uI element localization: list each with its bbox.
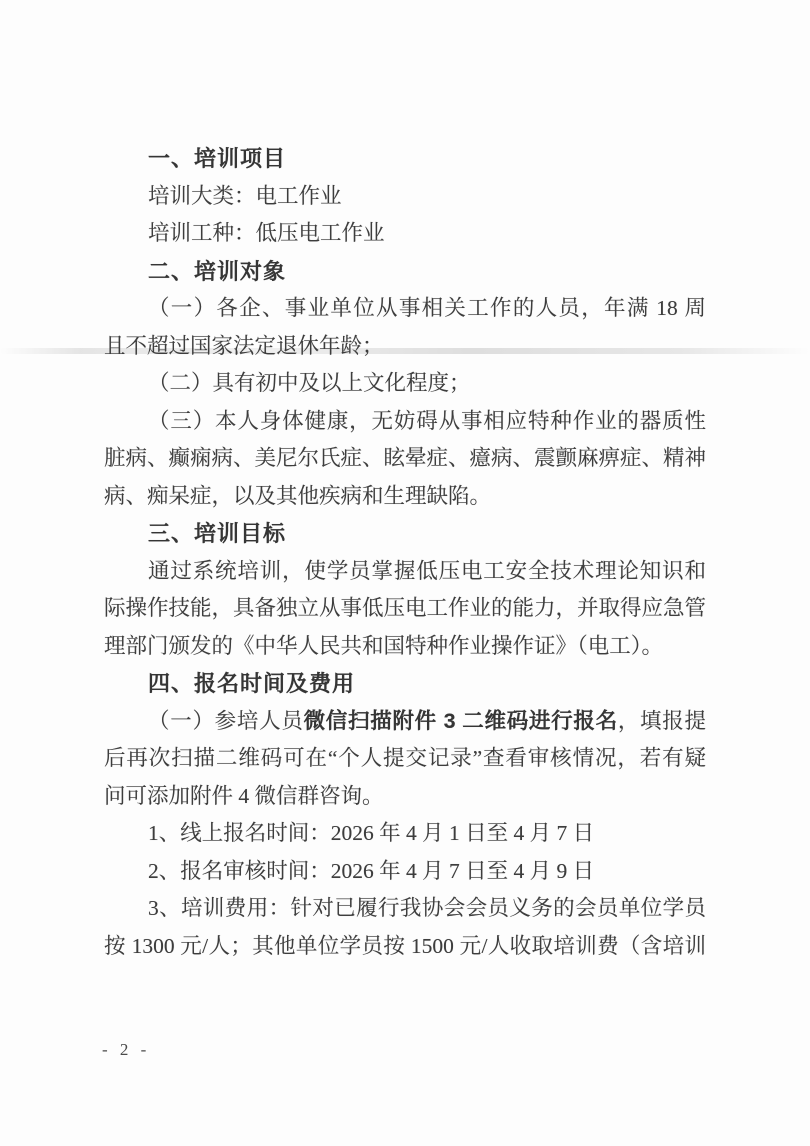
text-run: 3、培训费用：针对已履行我协会会员义务的会员单位学员 — [148, 896, 706, 920]
text-run: 理部门颁发的《中华人民共和国特种作业操作证》（电工）。 — [104, 634, 663, 658]
document-line: 理部门颁发的《中华人民共和国特种作业操作证》（电工）。 — [104, 628, 706, 666]
text-run: 按 1300 元/人；其他单位学员按 1500 元/人收取培训费（含培训 — [104, 934, 706, 958]
document-line: 际操作技能，具备独立从事低压电工作业的能力，并取得应急管 — [104, 590, 706, 628]
document-line: （一）参培人员微信扫描附件 3 二维码进行报名，填报提交 — [104, 703, 706, 741]
text-run: 且不超过国家法定退休年龄； — [104, 334, 384, 358]
document-line: 脏病、癫痫病、美尼尔氏症、眩晕症、癔病、震颤麻痹症、精神 — [104, 440, 706, 478]
text-run: （三）本人身体健康，无妨碍从事相应特种作业的器质性心 — [148, 409, 706, 441]
document-line: 通过系统培训，使学员掌握低压电工安全技术理论知识和实 — [104, 553, 706, 591]
document-heading-line: 一、培训项目 — [104, 140, 706, 178]
document-line: 培训大类：电工作业 — [104, 178, 706, 216]
document-heading-line: 二、培训对象 — [104, 253, 706, 291]
text-run: （一）各企、事业单位从事相关工作的人员，年满 18 周岁， — [148, 296, 706, 328]
bold-emphasis-run: 微信扫描附件 3 二维码进行报名 — [304, 709, 618, 733]
text-run: （二）具有初中及以上文化程度； — [148, 371, 471, 395]
text-run: 际操作技能，具备独立从事低压电工作业的能力，并取得应急管 — [104, 596, 706, 620]
document-line: 培训工种：低压电工作业 — [104, 215, 706, 253]
scanned-document-page: 一、培训项目培训大类：电工作业培训工种：低压电工作业二、培训对象（一）各企、事业… — [0, 0, 810, 1146]
text-run: 1、线上报名时间：2026 年 4 月 1 日至 4 月 7 日 — [148, 821, 594, 845]
bold-emphasis-run: 二、培训对象 — [148, 259, 286, 284]
document-line: （一）各企、事业单位从事相关工作的人员，年满 18 周岁， — [104, 290, 706, 328]
document-line: 按 1300 元/人；其他单位学员按 1500 元/人收取培训费（含培训 — [104, 928, 706, 966]
document-line: 问可添加附件 4 微信群咨询。 — [104, 778, 706, 816]
bold-emphasis-run: 三、培训目标 — [148, 521, 286, 546]
text-run: 通过系统培训，使学员掌握低压电工安全技术理论知识和实 — [148, 559, 706, 591]
document-line: 且不超过国家法定退休年龄； — [104, 328, 706, 366]
document-line: 病、痴呆症，以及其他疾病和生理缺陷。 — [104, 478, 706, 516]
text-run: 问可添加附件 4 微信群咨询。 — [104, 784, 384, 808]
document-line: 3、培训费用：针对已履行我协会会员义务的会员单位学员 — [104, 890, 706, 928]
document-heading-line: 三、培训目标 — [104, 515, 706, 553]
text-run: 2、报名审核时间：2026 年 4 月 7 日至 4 月 9 日 — [148, 859, 594, 883]
bold-emphasis-run: 一、培训项目 — [148, 146, 286, 171]
document-line: 2、报名审核时间：2026 年 4 月 7 日至 4 月 9 日 — [104, 853, 706, 891]
document-heading-line: 四、报名时间及费用 — [104, 665, 706, 703]
document-body: 一、培训项目培训大类：电工作业培训工种：低压电工作业二、培训对象（一）各企、事业… — [104, 140, 706, 965]
text-run: 后再次扫描二维码可在“个人提交记录”查看审核情况，若有疑 — [104, 746, 706, 770]
document-line: 1、线上报名时间：2026 年 4 月 1 日至 4 月 7 日 — [104, 815, 706, 853]
text-run: 培训工种：低压电工作业 — [148, 221, 385, 245]
document-line: 后再次扫描二维码可在“个人提交记录”查看审核情况，若有疑 — [104, 740, 706, 778]
page-number: - 2 - — [102, 1036, 150, 1064]
text-run: 脏病、癫痫病、美尼尔氏症、眩晕症、癔病、震颤麻痹症、精神 — [104, 446, 706, 470]
text-run: （一）参培人员 — [148, 709, 304, 733]
document-line: （二）具有初中及以上文化程度； — [104, 365, 706, 403]
bold-emphasis-run: 四、报名时间及费用 — [148, 671, 355, 696]
document-line: （三）本人身体健康，无妨碍从事相应特种作业的器质性心 — [104, 403, 706, 441]
text-run: 培训大类：电工作业 — [148, 184, 342, 208]
text-run: 病、痴呆症，以及其他疾病和生理缺陷。 — [104, 484, 491, 508]
